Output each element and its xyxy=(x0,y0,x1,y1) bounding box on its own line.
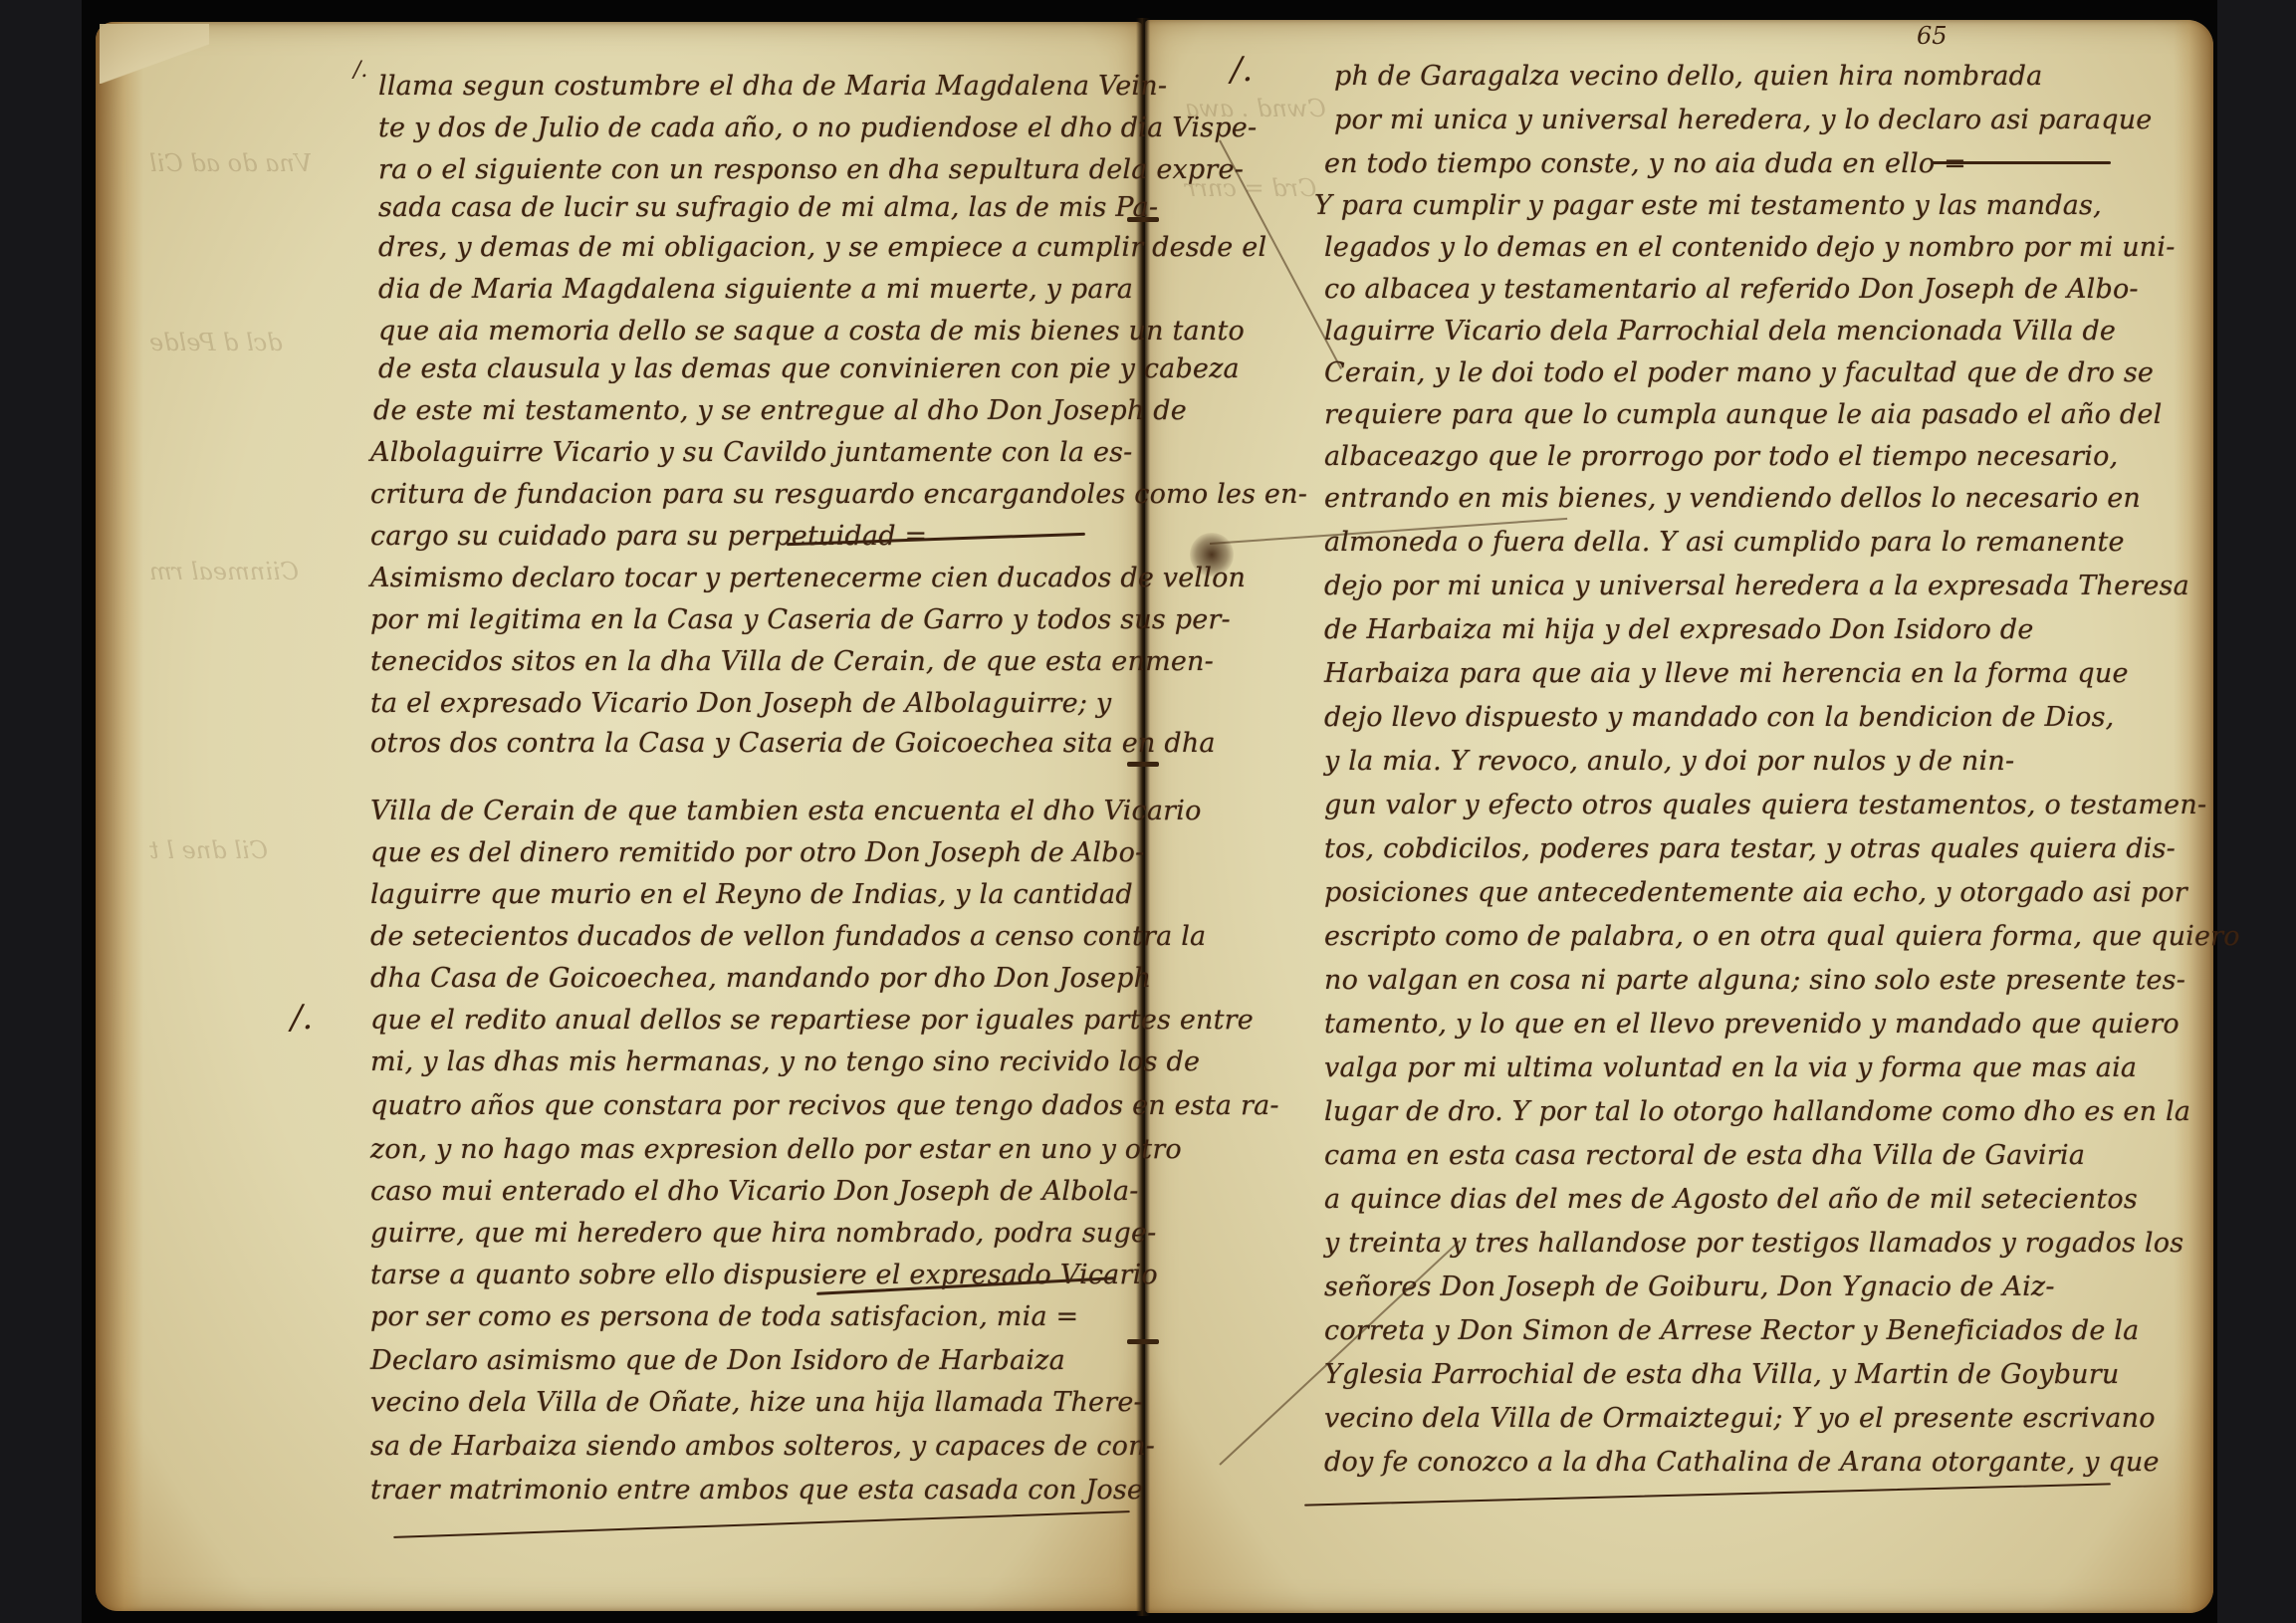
text-line: llama segun costumbre el dha de Maria Ma… xyxy=(378,70,1167,104)
text-line: cama en esta casa rectoral de esta dha V… xyxy=(1324,1139,2085,1173)
text-line: sa de Harbaiza siendo ambos solteros, y … xyxy=(370,1430,1155,1464)
folded-corner xyxy=(100,24,209,84)
text-line: legados y lo demas en el contenido dejo … xyxy=(1324,231,2176,265)
bleed-through-text: Cil dne l t xyxy=(149,836,268,864)
text-line: dejo por mi unica y universal heredera a… xyxy=(1324,570,2189,603)
text-line: cargo su cuidado para su perpetuidad = xyxy=(370,520,927,554)
text-line: vecino dela Villa de Ormaiztegui; Y yo e… xyxy=(1324,1402,2156,1436)
text-line: dejo llevo dispuesto y mandado con la be… xyxy=(1324,701,2114,735)
text-line: zon, y no hago mas expresion dello por e… xyxy=(370,1133,1182,1167)
text-line: ra o el siguiente con un responso en dha… xyxy=(378,153,1244,187)
text-line: vecino dela Villa de Oñate, hize una hij… xyxy=(370,1386,1143,1420)
text-line: correta y Don Simon de Arrese Rector y B… xyxy=(1324,1314,2139,1348)
text-line: albaceazgo que le prorrogo por todo el t… xyxy=(1324,440,2118,474)
text-line: otros dos contra la Casa y Caseria de Go… xyxy=(370,727,1216,761)
text-line: Cerain, y le doi todo el poder mano y fa… xyxy=(1324,356,2154,390)
text-line: sada casa de lucir su sufragio de mi alm… xyxy=(378,191,1158,225)
text-line: que el redito anual dellos se repartiese… xyxy=(370,1004,1254,1038)
text-line: valga por mi ultima voluntad en la via y… xyxy=(1324,1051,2137,1085)
text-line: almoneda o fuera della. Y asi cumplido p… xyxy=(1324,526,2125,560)
text-line: te y dos de Julio de cada año, o no pudi… xyxy=(378,112,1257,145)
text-line: dres, y demas de mi obligacion, y se emp… xyxy=(378,231,1266,265)
text-line: de esta clausula y las demas que convini… xyxy=(378,352,1240,386)
text-line: critura de fundacion para su resguardo e… xyxy=(370,478,1307,512)
binding-stitch xyxy=(1127,1339,1159,1344)
text-line: no valgan en cosa ni parte alguna; sino … xyxy=(1324,964,2185,998)
text-line: quatro años que constara por recivos que… xyxy=(370,1089,1279,1123)
margin-mark: /. xyxy=(291,998,313,1038)
section-rule xyxy=(1932,161,2111,164)
text-line: dha Casa de Goicoechea, mandando por dho… xyxy=(370,962,1151,996)
text-line: y la mia. Y revoco, anulo, y doi por nul… xyxy=(1324,745,2014,779)
text-line: tamento, y lo que en el llevo prevenido … xyxy=(1324,1008,2180,1042)
text-line: y treinta y tres hallandose por testigos… xyxy=(1324,1227,2183,1261)
margin-mark: /. xyxy=(353,58,367,83)
bleed-through-text: Vna do ad Cil xyxy=(149,149,312,177)
text-line: Declaro asimismo que de Don Isidoro de H… xyxy=(370,1344,1065,1378)
margin-mark: /. xyxy=(1231,50,1253,90)
text-line: que es del dinero remitido por otro Don … xyxy=(370,836,1144,870)
text-line: por mi legitima en la Casa y Caseria de … xyxy=(370,603,1231,637)
text-line: por ser como es persona de toda satisfac… xyxy=(370,1300,1078,1334)
text-line: mi, y las dhas mis hermanas, y no tengo … xyxy=(370,1045,1200,1079)
text-line: que aia memoria dello se saque a costa d… xyxy=(378,315,1245,348)
text-line: a quince dias del mes de Agosto del año … xyxy=(1324,1183,2138,1217)
text-line: ta el expresado Vicario Don Joseph de Al… xyxy=(370,687,1111,721)
text-line: señores Don Joseph de Goiburu, Don Ygnac… xyxy=(1324,1271,2055,1304)
text-line: Albolaguirre Vicario y su Cavildo juntam… xyxy=(370,436,1133,470)
text-line: Yglesia Parrochial de esta dha Villa, y … xyxy=(1324,1358,2119,1392)
bleed-through-text: dcl d Pelde xyxy=(149,329,283,356)
text-line: entrando en mis bienes, y vendiendo dell… xyxy=(1324,482,2141,516)
text-line: requiere para que lo cumpla aunque le ai… xyxy=(1324,398,2162,432)
text-line: en todo tiempo conste, y no aia duda en … xyxy=(1324,147,1966,181)
folio-number: 65 xyxy=(1917,22,1948,50)
text-line: Villa de Cerain de que tambien esta encu… xyxy=(370,795,1202,828)
text-line: de Harbaiza mi hija y del expresado Don … xyxy=(1324,613,2034,647)
binding-stitch xyxy=(1127,762,1159,767)
text-line: Harbaiza para que aia y lleve mi herenci… xyxy=(1324,657,2129,691)
text-line: de este mi testamento, y se entregue al … xyxy=(373,394,1187,428)
text-line: posiciones que antecedentemente aia echo… xyxy=(1324,876,2187,910)
text-line: tarse a quanto sobre ello dispusiere el … xyxy=(370,1259,1158,1292)
bleed-through-text: Ciinmeal rm xyxy=(149,558,299,585)
text-line: guirre, que mi heredero que hira nombrad… xyxy=(370,1217,1157,1251)
text-line: dia de Maria Magdalena siguiente a mi mu… xyxy=(378,273,1133,307)
text-line: ph de Garagalza vecino dello, quien hira… xyxy=(1334,60,2042,94)
text-line: Y para cumplir y pagar este mi testament… xyxy=(1314,189,2102,223)
text-line: laguirre que murio en el Reyno de Indias… xyxy=(370,878,1133,912)
text-line: lugar de dro. Y por tal lo otorgo hallan… xyxy=(1324,1095,2190,1129)
text-line: tenecidos sitos en la dha Villa de Cerai… xyxy=(370,645,1214,679)
text-line: laguirre Vicario dela Parrochial dela me… xyxy=(1324,315,2116,348)
text-line: co albacea y testamentario al referido D… xyxy=(1324,273,2139,307)
text-line: gun valor y efecto otros quales quiera t… xyxy=(1324,789,2206,822)
text-line: caso mui enterado el dho Vicario Don Jos… xyxy=(370,1175,1139,1209)
text-line: tos, cobdicilos, poderes para testar, y … xyxy=(1324,832,2176,866)
text-line: doy fe conozco a la dha Cathalina de Ara… xyxy=(1324,1446,2160,1480)
text-line: por mi unica y universal heredera, y lo … xyxy=(1334,104,2152,137)
text-line: Asimismo declaro tocar y pertenecerme ci… xyxy=(370,562,1246,595)
text-line: traer matrimonio entre ambos que esta ca… xyxy=(370,1474,1143,1507)
text-line: de setecientos ducados de vellon fundado… xyxy=(370,920,1206,954)
text-line: escripto como de palabra, o en otra qual… xyxy=(1324,920,2240,954)
